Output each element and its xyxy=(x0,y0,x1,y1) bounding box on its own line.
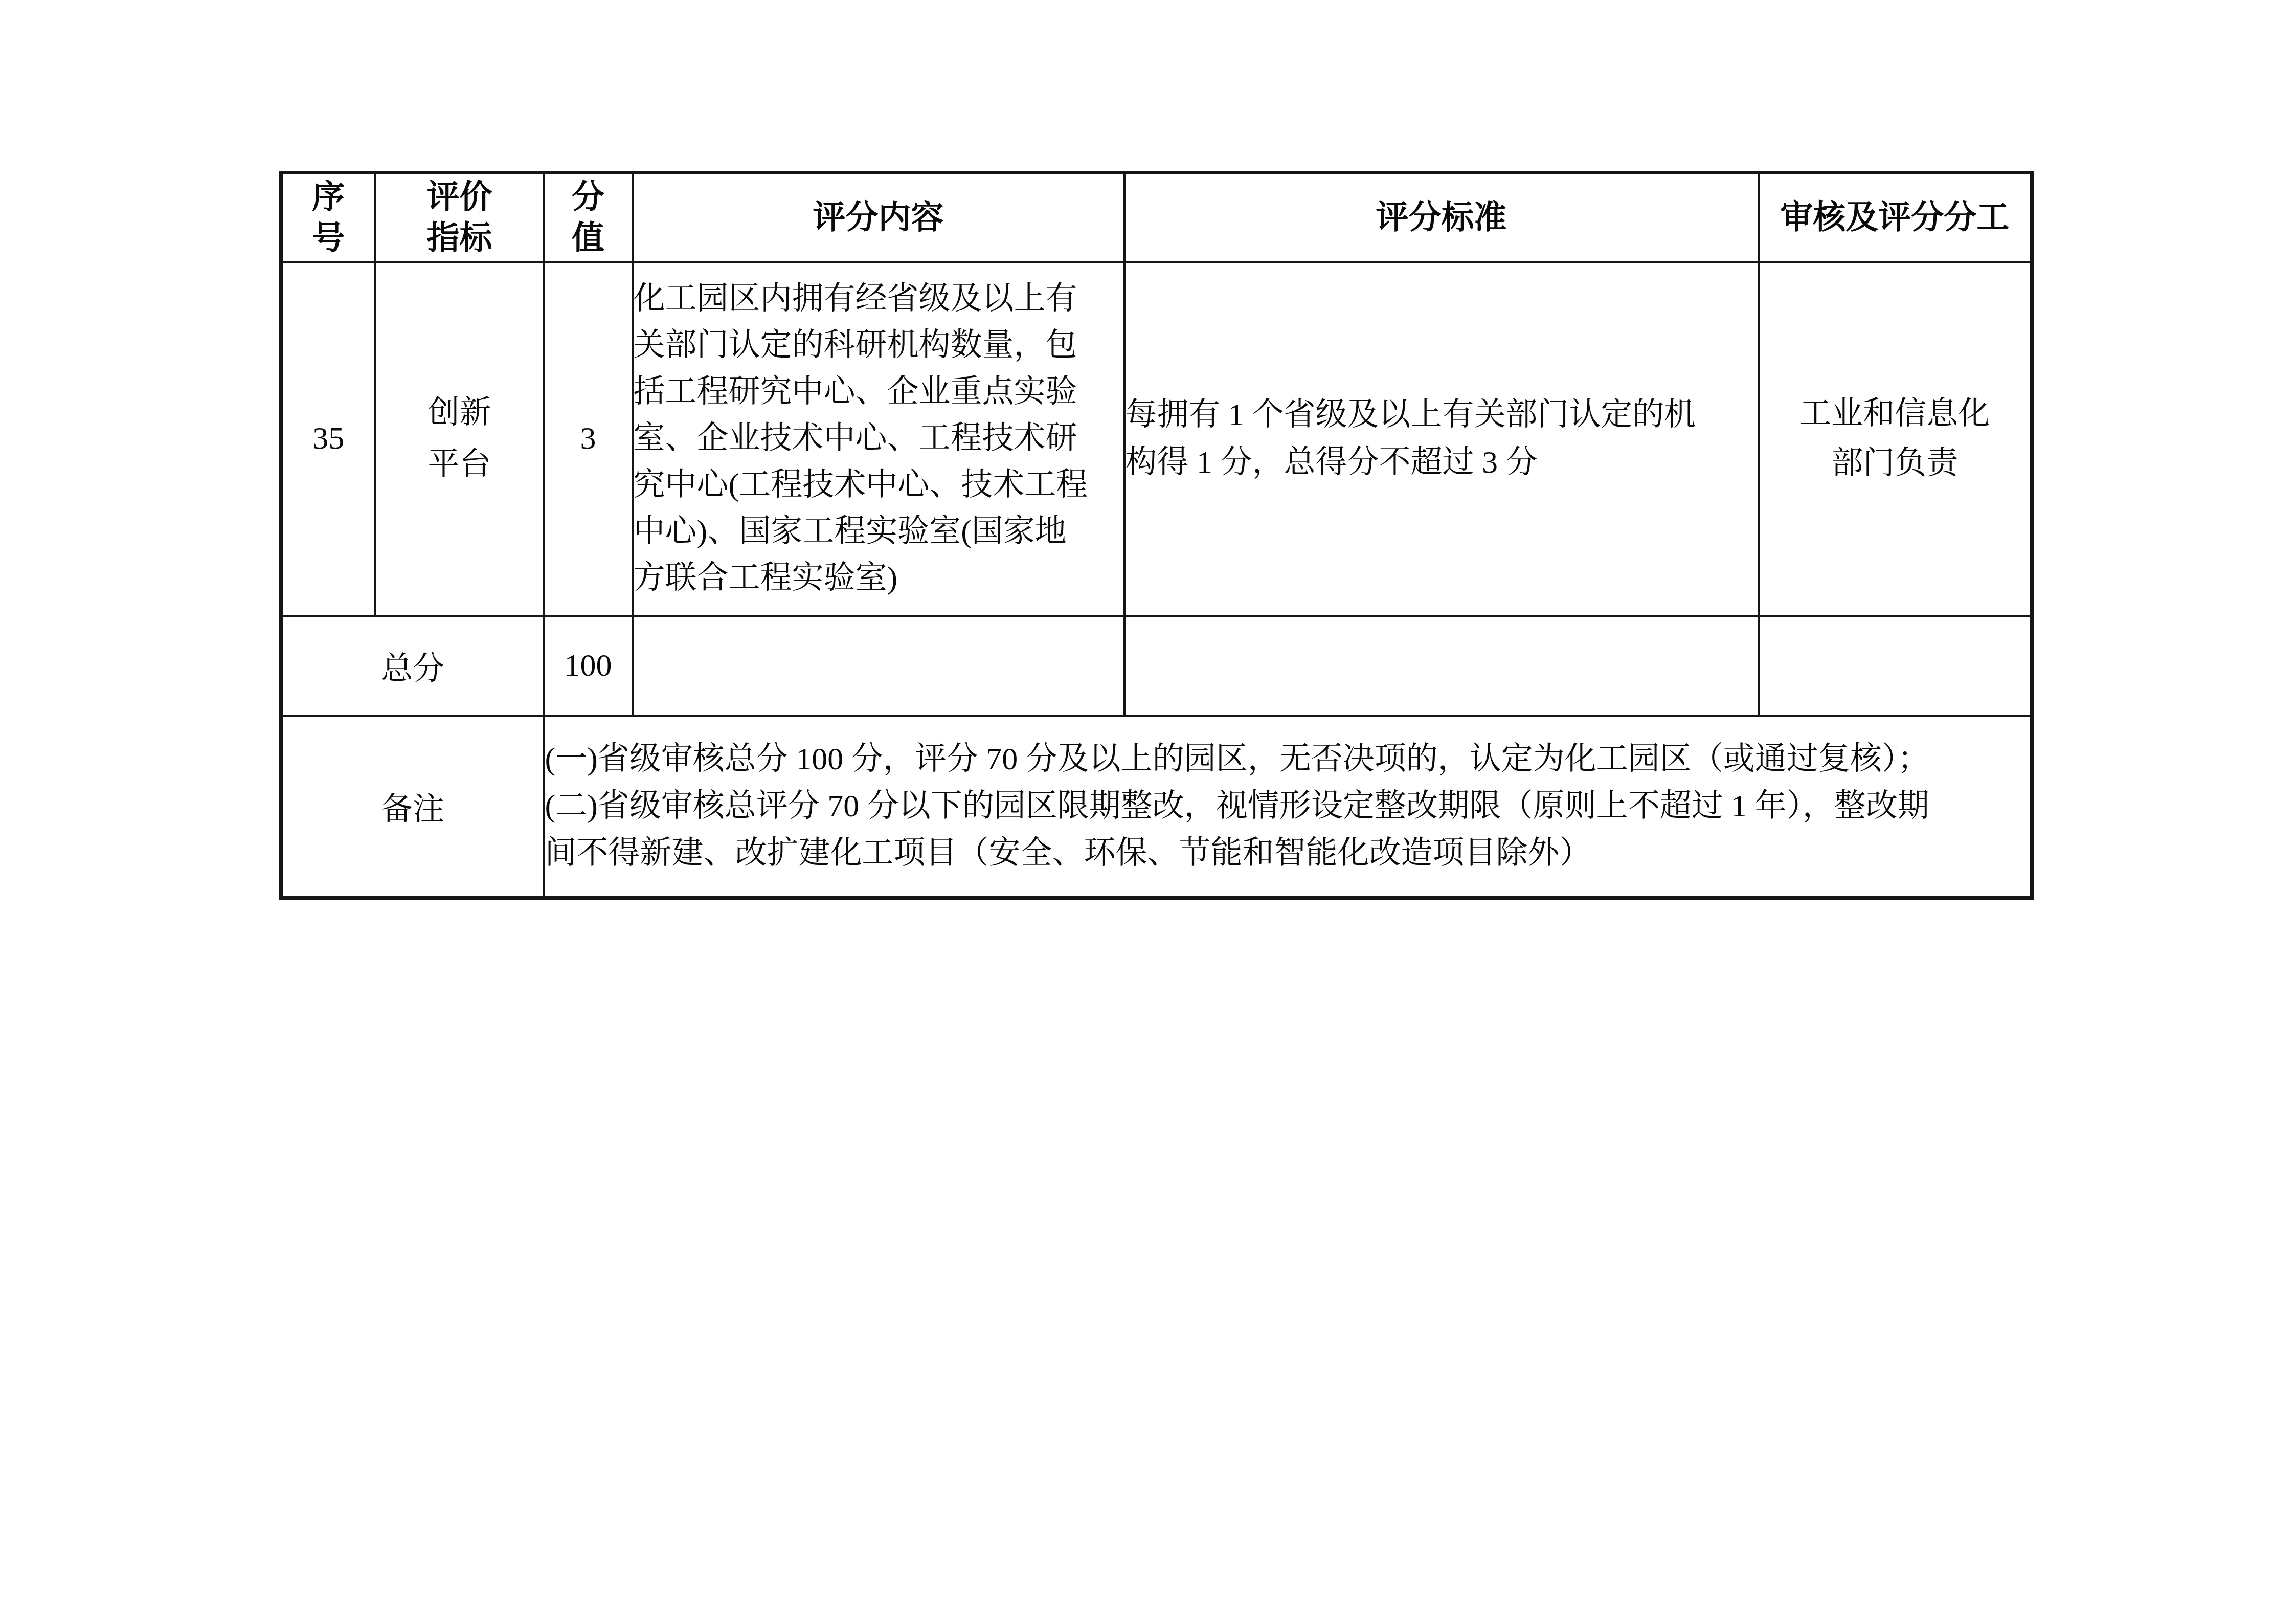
total-label-cell: 总分 xyxy=(281,616,544,716)
header-cell-score: 分 值 xyxy=(544,173,633,262)
table-row-35: 35 创新 平台 3 化工园区内拥有经省级及以上有 关部门认定的科研机构数量，包… xyxy=(281,262,2032,616)
cell-score-value: 3 xyxy=(544,262,633,616)
document-page: 序 号 评价 指标 分 值 评分内容 评分标准 审核及评分分工 35 创新 平台… xyxy=(0,0,2296,1624)
header-cell-indicator: 评价 指标 xyxy=(375,173,544,262)
remark-text-cell: (一)省级审核总分 100 分，评分 70 分及以上的园区，无否决项的，认定为化… xyxy=(544,716,2032,898)
header-cell-content: 评分内容 xyxy=(633,173,1124,262)
total-score-cell: 100 xyxy=(544,616,633,716)
remark-label-cell: 备注 xyxy=(281,716,544,898)
header-cell-division: 审核及评分分工 xyxy=(1759,173,2032,262)
remark-row: 备注 (一)省级审核总分 100 分，评分 70 分及以上的园区，无否决项的，认… xyxy=(281,716,2032,898)
cell-serial-number: 35 xyxy=(281,262,375,616)
cell-scoring-standard: 每拥有 1 个省级及以上有关部门认定的机 构得 1 分，总得分不超过 3 分 xyxy=(1124,262,1759,616)
cell-indicator: 创新 平台 xyxy=(375,262,544,616)
header-row: 序 号 评价 指标 分 值 评分内容 评分标准 审核及评分分工 xyxy=(281,173,2032,262)
header-cell-standard: 评分标准 xyxy=(1124,173,1759,262)
total-empty-content-cell xyxy=(633,616,1124,716)
total-empty-standard-cell xyxy=(1124,616,1759,716)
header-cell-serial: 序 号 xyxy=(281,173,375,262)
cell-scoring-content: 化工园区内拥有经省级及以上有 关部门认定的科研机构数量，包 括工程研究中心、企业… xyxy=(633,262,1124,616)
cell-review-division: 工业和信息化 部门负责 xyxy=(1759,262,2032,616)
score-table: 序 号 评价 指标 分 值 评分内容 评分标准 审核及评分分工 35 创新 平台… xyxy=(279,171,2034,900)
total-row: 总分 100 xyxy=(281,616,2032,716)
total-empty-division-cell xyxy=(1759,616,2032,716)
